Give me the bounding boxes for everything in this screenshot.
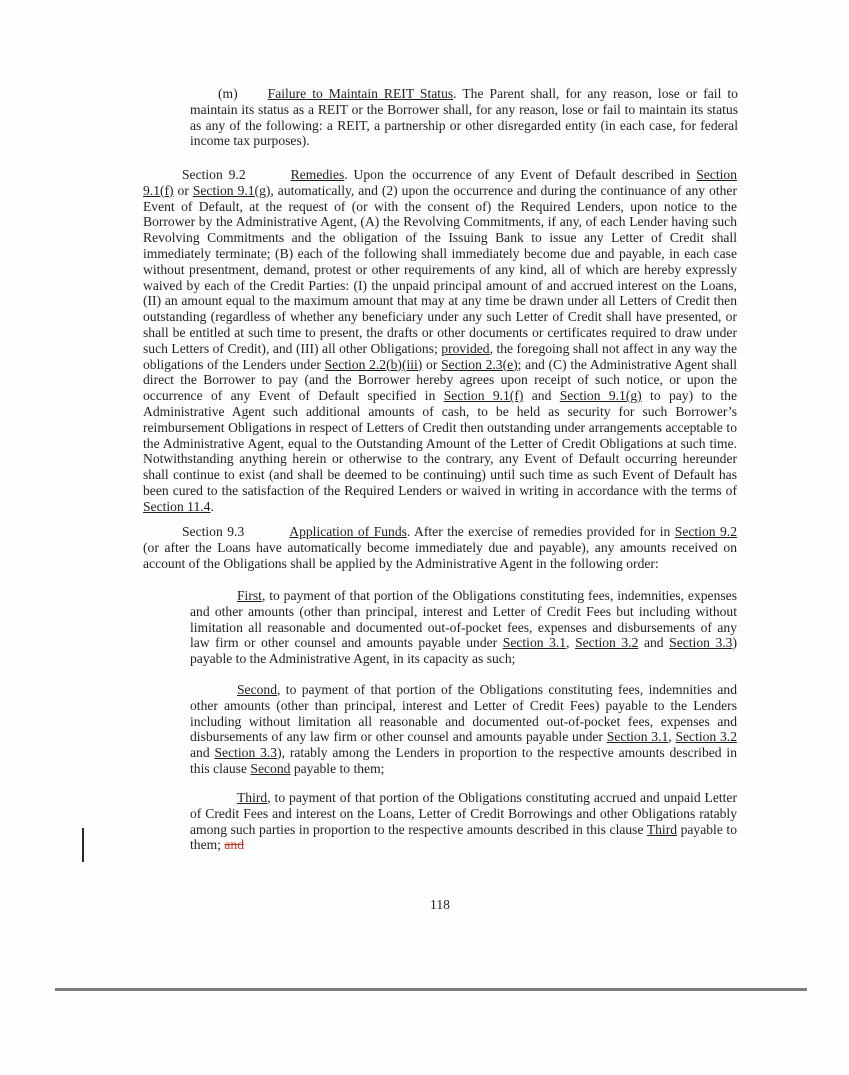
text-segment-plain: (or after the Loans have automatically b… (143, 540, 737, 571)
text-segment-plain: and (523, 388, 559, 403)
text-segment-plain: . Upon the occurrence of any Event of De… (344, 167, 696, 182)
paragraph-section-9-2-remedies: Section 9.2Remedies. Upon the occurrence… (143, 167, 737, 515)
paragraph-clause-m-failure-to-maintain-reit-status: (m)Failure to Maintain REIT Status. The … (190, 86, 738, 149)
text-segment-u: Third (647, 822, 677, 837)
text-segment-plain: (m) (218, 86, 238, 101)
text-segment-u: Section 3.1 (607, 729, 669, 744)
text-segment-plain: , automatically, and (2) upon the occurr… (143, 183, 737, 356)
text-segment-u: Remedies (291, 167, 345, 182)
paragraph-clause-third: Third, to payment of that portion of the… (190, 790, 737, 853)
text-segment-plain: and (638, 635, 669, 650)
text-segment-u: Section 3.3 (669, 635, 732, 650)
text-segment-u: Third (237, 790, 267, 805)
text-segment-u: Section 3.1 (503, 635, 566, 650)
text-segment-u: First (237, 588, 262, 603)
text-segment-u: Failure to Maintain REIT Status (268, 86, 454, 101)
text-segment-u: Section 9.1(g) (560, 388, 642, 403)
text-segment-u: provided (441, 341, 489, 356)
page-number: 118 (143, 897, 737, 913)
text-segment-plain: or (422, 357, 441, 372)
text-segment-u: Application of Funds (289, 524, 407, 539)
paragraph-clause-first: First, to payment of that portion of the… (190, 588, 737, 667)
text-segment-u: Section 9.2 (675, 524, 737, 539)
text-segment-u: Section 11.4 (143, 499, 210, 514)
text-segment-u: Section 9.1(f) (444, 388, 524, 403)
text-segment-u: Section 3.2 (575, 635, 638, 650)
text-segment-plain: payable to them; (290, 761, 384, 776)
text-segment-plain: . After the exercise of remedies provide… (407, 524, 675, 539)
revision-change-bar (82, 828, 84, 862)
text-segment-u: Second (250, 761, 290, 776)
text-segment-plain: . (210, 499, 213, 514)
text-segment-u: Section 2.3(e) (441, 357, 518, 372)
paragraph-clause-second: Second, to payment of that portion of th… (190, 682, 737, 777)
text-segment-u: Section 9.1(g) (193, 183, 271, 198)
text-segment-plain: or (174, 183, 193, 198)
text-segment-plain: , (566, 635, 575, 650)
text-segment-plain: Section 9.2 (182, 167, 246, 182)
text-segment-u: Section 3.2 (675, 729, 737, 744)
text-segment-u: Second (237, 682, 277, 697)
text-segment-redstrike: and (224, 837, 244, 852)
document-page: (m)Failure to Maintain REIT Status. The … (0, 0, 849, 1075)
text-segment-u: Section 2.2(b)(iii) (325, 357, 423, 372)
page-separator-line (55, 988, 807, 991)
text-segment-plain: and (190, 745, 214, 760)
text-segment-plain: Section 9.3 (182, 524, 244, 539)
text-segment-u: Section 3.3 (214, 745, 277, 760)
text-segment-plain: to pay) to the Administrative Agent such… (143, 388, 737, 498)
paragraph-section-9-3-application-of-funds: Section 9.3Application of Funds. After t… (143, 524, 737, 571)
